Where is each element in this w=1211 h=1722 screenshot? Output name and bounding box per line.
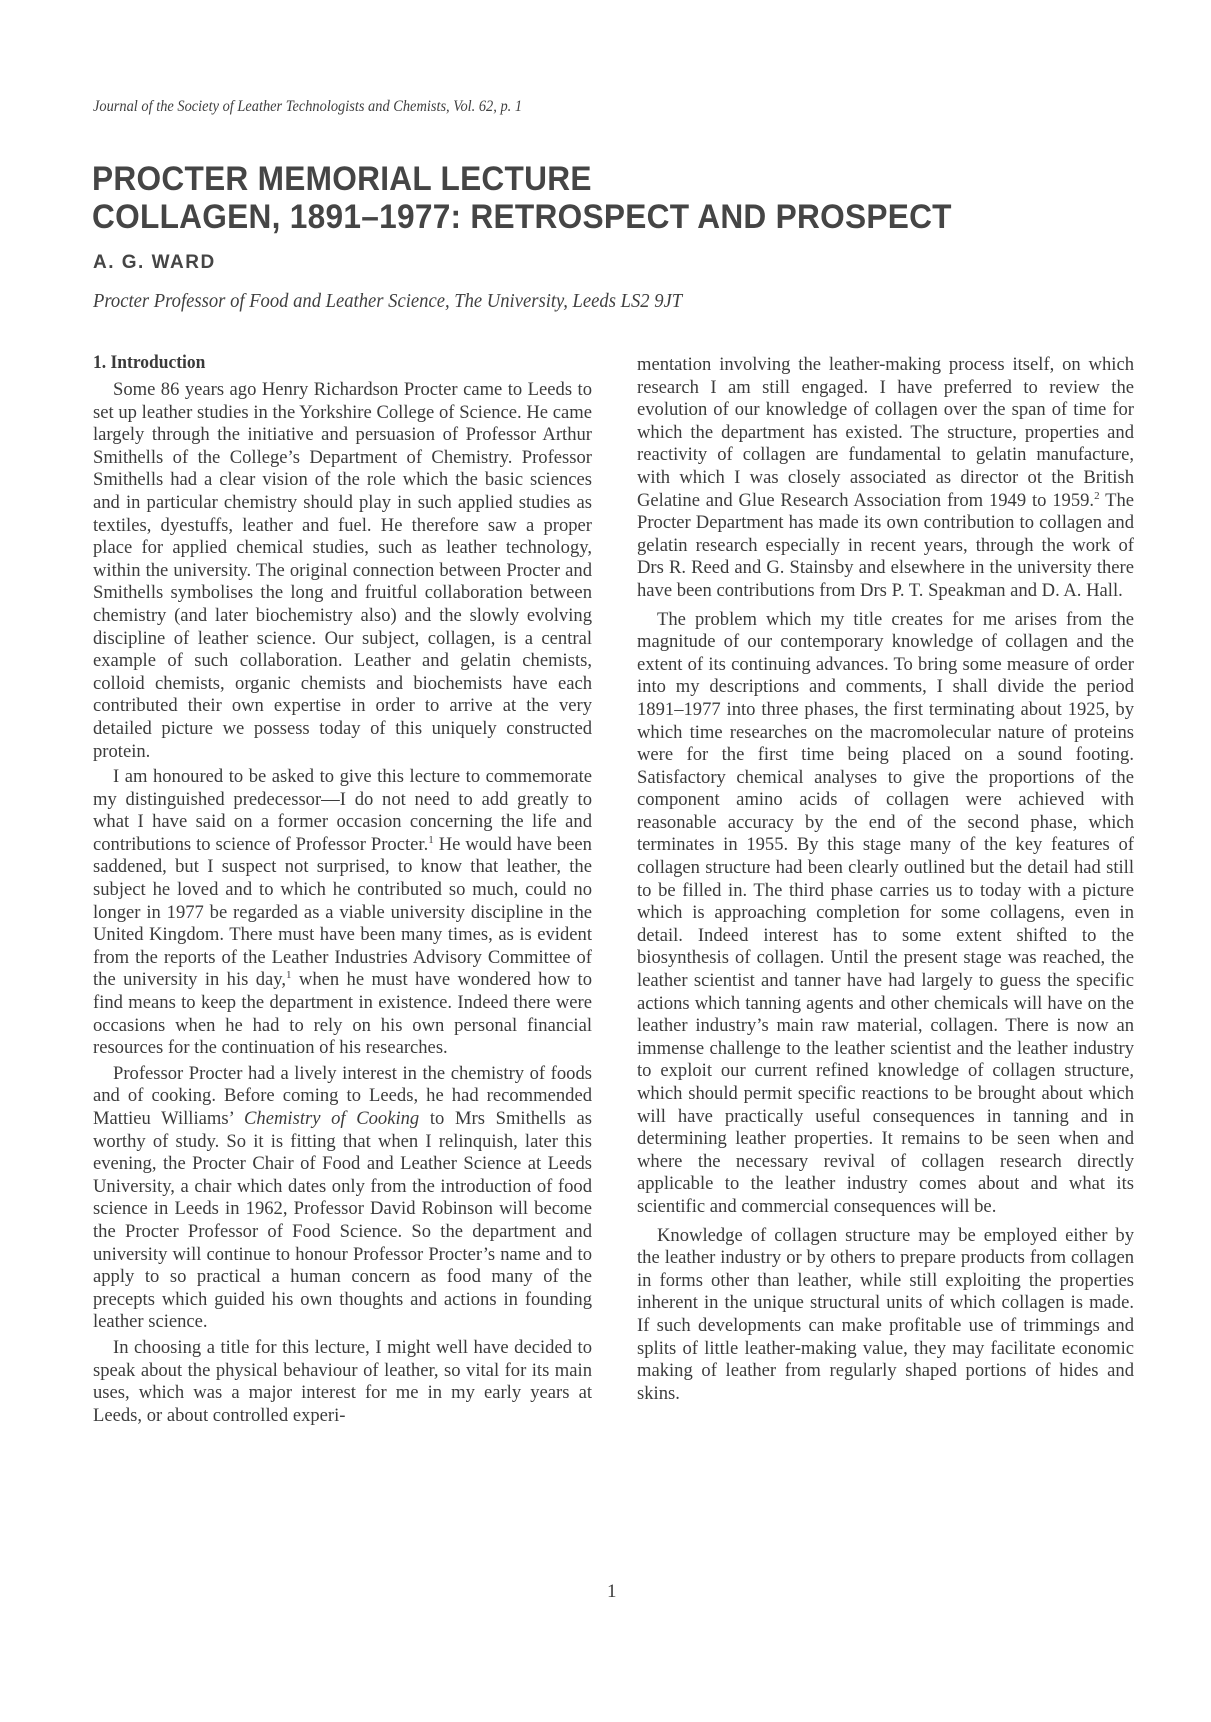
journal-citation: Journal of the Society of Leather Techno…: [93, 98, 522, 116]
paragraph-continued: mentation involving the leather-making p…: [637, 354, 1134, 603]
author-affiliation: Procter Professor of Food and Leather Sc…: [93, 290, 682, 313]
paragraph-text: mentation involving the leather-making p…: [637, 354, 1134, 511]
paragraph-text: to Mrs Smithells as worthy of study. So …: [93, 1108, 592, 1332]
page-number: 1: [607, 1581, 617, 1603]
paragraph: In choosing a title for this lecture, I …: [93, 1337, 592, 1427]
right-column: mentation involving the leather-making p…: [637, 354, 1134, 1405]
paragraph: Knowledge of collagen structure may be e…: [637, 1225, 1134, 1406]
paragraph: I am honoured to be asked to give this l…: [93, 766, 592, 1060]
book-title: Chemistry of Cooking: [244, 1108, 419, 1129]
paragraph-text: He would have been saddened, but I suspe…: [93, 834, 592, 991]
paragraph: Some 86 years ago Henry Richardson Proct…: [93, 379, 592, 763]
section-heading: 1. Introduction: [93, 352, 552, 374]
paragraph: Professor Procter had a lively interest …: [93, 1063, 592, 1334]
article-title-line-1: PROCTER MEMORIAL LECTURE: [92, 160, 952, 198]
article-title-line-2: COLLAGEN, 1891–1977: RETROSPECT AND PROS…: [92, 198, 952, 236]
paragraph: The problem which my title creates for m…: [637, 609, 1134, 1219]
left-column: 1. Introduction Some 86 years ago Henry …: [93, 352, 592, 1427]
author-name: A. G. WARD: [93, 252, 216, 274]
article-title: PROCTER MEMORIAL LECTURE COLLAGEN, 1891–…: [92, 160, 952, 236]
